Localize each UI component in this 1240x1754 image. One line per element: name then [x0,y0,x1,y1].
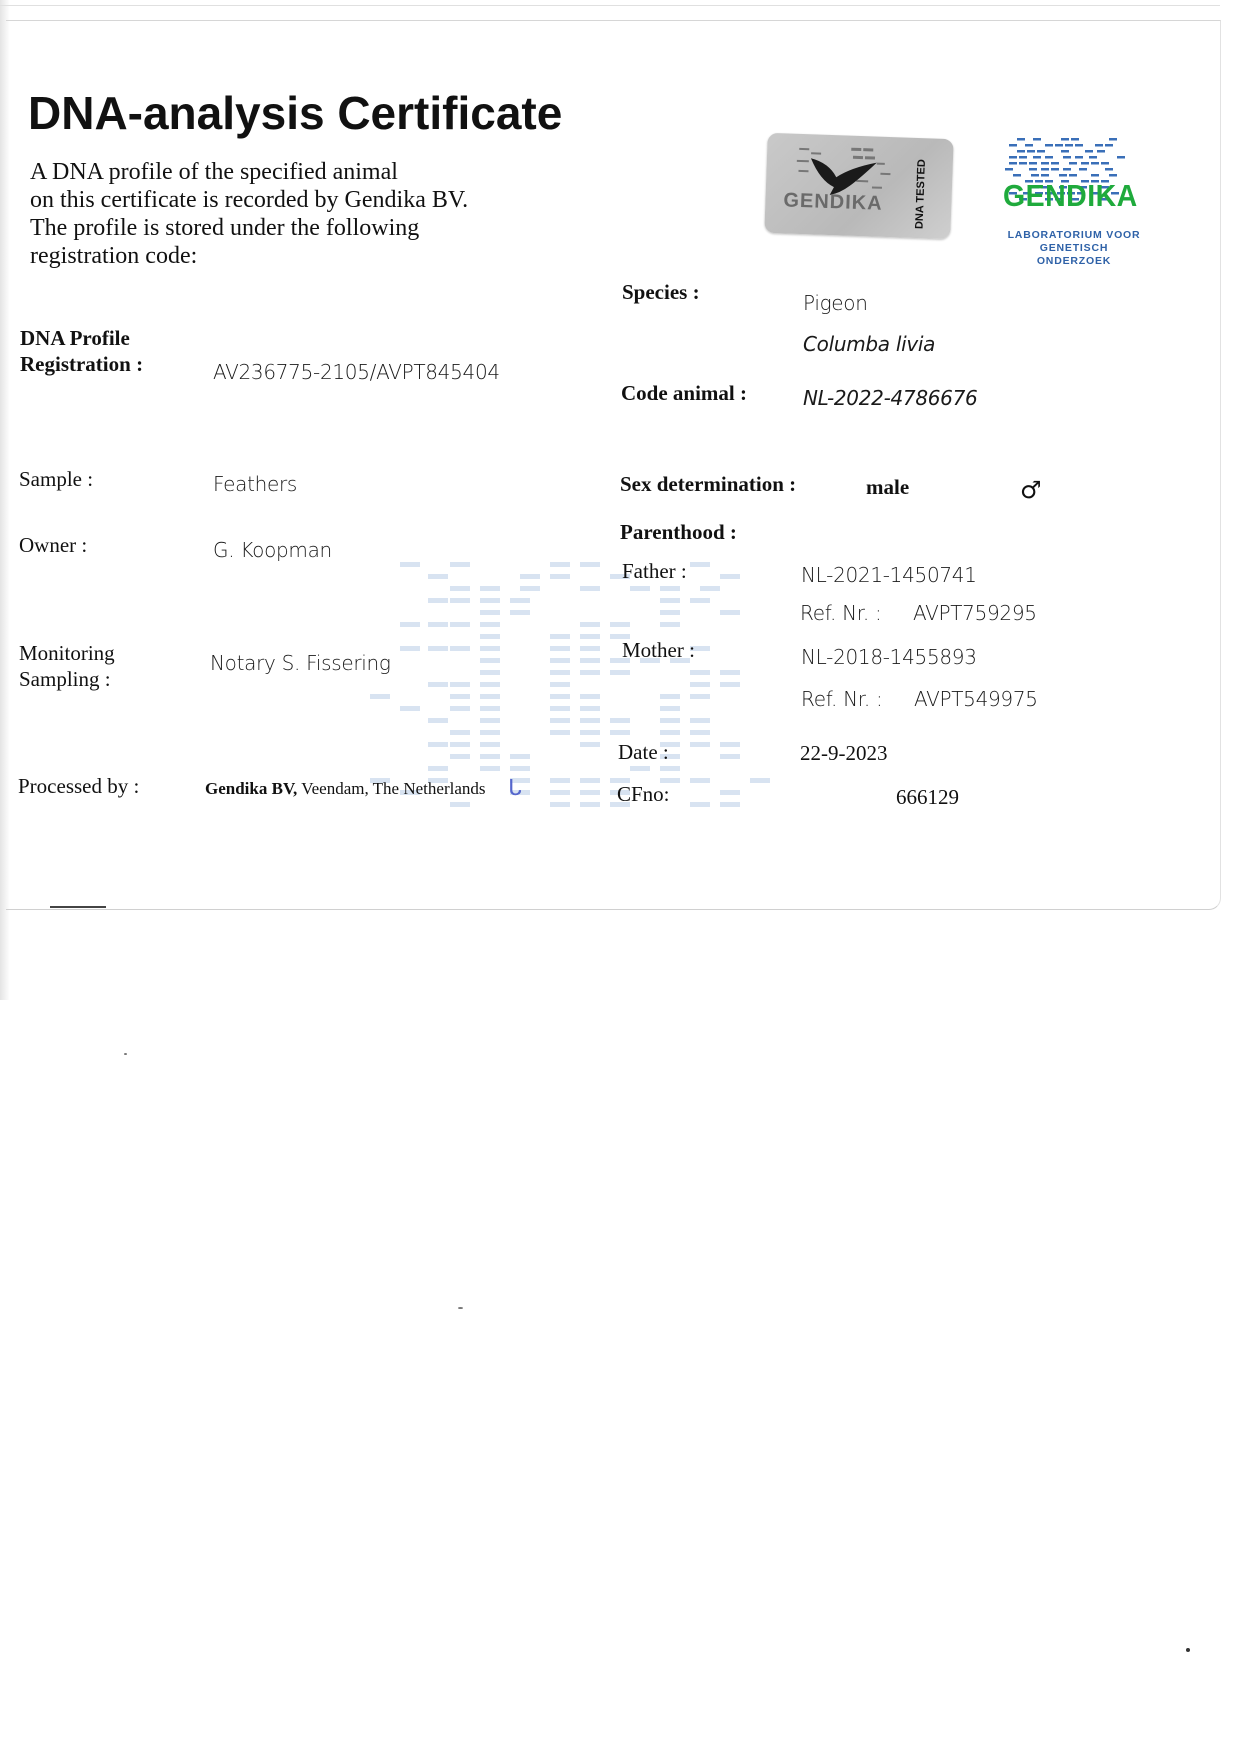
intro-line: A DNA profile of the specified animal [30,158,550,186]
cfno-value: 666129 [896,785,959,810]
mother-ref-label: Ref. Nr. : [801,687,882,711]
cfno-label: CFno: [617,782,670,807]
processed-by-company: Gendika BV, [205,779,297,798]
logo-subtitle-line: LABORATORIUM VOOR [1006,229,1142,242]
mother-ref-value: AVPT549975 [914,687,1038,711]
scan-top-line [0,5,1220,6]
scan-mark [50,906,106,908]
monitoring-label-line1: Monitoring [19,641,115,666]
species-label: Species : [622,280,700,305]
father-ref-value: AVPT759295 [913,601,1037,625]
species-latin-value: Columba livia [803,332,935,356]
handwritten-check-icon: ᒐ [508,776,522,801]
owner-label: Owner : [19,533,87,558]
code-animal-label: Code animal : [621,381,747,406]
sex-label: Sex determination : [620,472,796,497]
date-label: Date : [618,740,669,765]
certificate-title: DNA-analysis Certificate [28,86,562,140]
father-code: NL-2021-1450741 [801,563,977,587]
parenthood-label: Parenthood : [620,520,737,545]
species-common-value: Pigeon [803,291,868,315]
intro-line: registration code: [30,242,550,270]
logo-subtitle: LABORATORIUM VOOR GENETISCH ONDERZOEK [1006,229,1142,268]
intro-line: The profile is stored under the followin… [30,214,550,242]
code-animal-value: NL-2022-4786676 [803,386,977,410]
processed-by-location: Veendam, The Netherlands [297,779,485,798]
badge-brand: GENDIKA [783,189,883,215]
mother-label: Mother : [622,638,695,663]
sample-value: Feathers [213,472,297,496]
father-ref-label: Ref. Nr. : [800,601,881,625]
owner-value: G. Koopman [213,538,332,562]
logo-brand-name: GENDIKA [1003,178,1138,214]
processed-by-value: Gendika BV, Veendam, The Netherlands [205,779,486,799]
registration-label-line1: DNA Profile [20,326,130,351]
male-symbol-icon: ♂ [1020,476,1042,504]
dna-tested-badge: GENDIKA DNA TESTED [764,133,953,239]
monitoring-value: Notary S. Fissering [210,651,391,675]
intro-text: A DNA profile of the specified animal on… [30,158,550,270]
scan-speck [458,1307,463,1309]
mother-code: NL-2018-1455893 [801,645,977,669]
registration-value: AV236775-2105/AVPT845404 [213,360,500,384]
intro-line: on this certificate is recorded by Gendi… [30,186,550,214]
monitoring-label-line2: Sampling : [19,667,111,692]
sample-label: Sample : [19,467,93,492]
date-value: 22-9-2023 [800,741,888,766]
father-label: Father : [622,559,687,584]
scan-speck [1186,1648,1190,1652]
badge-tested-label: DNA TESTED [913,149,928,239]
sex-value: male [866,475,909,500]
logo-subtitle-line: GENETISCH ONDERZOEK [1006,242,1142,268]
scan-speck [124,1053,127,1055]
processed-by-label: Processed by : [18,774,139,799]
registration-label-line2: Registration : [20,352,143,377]
